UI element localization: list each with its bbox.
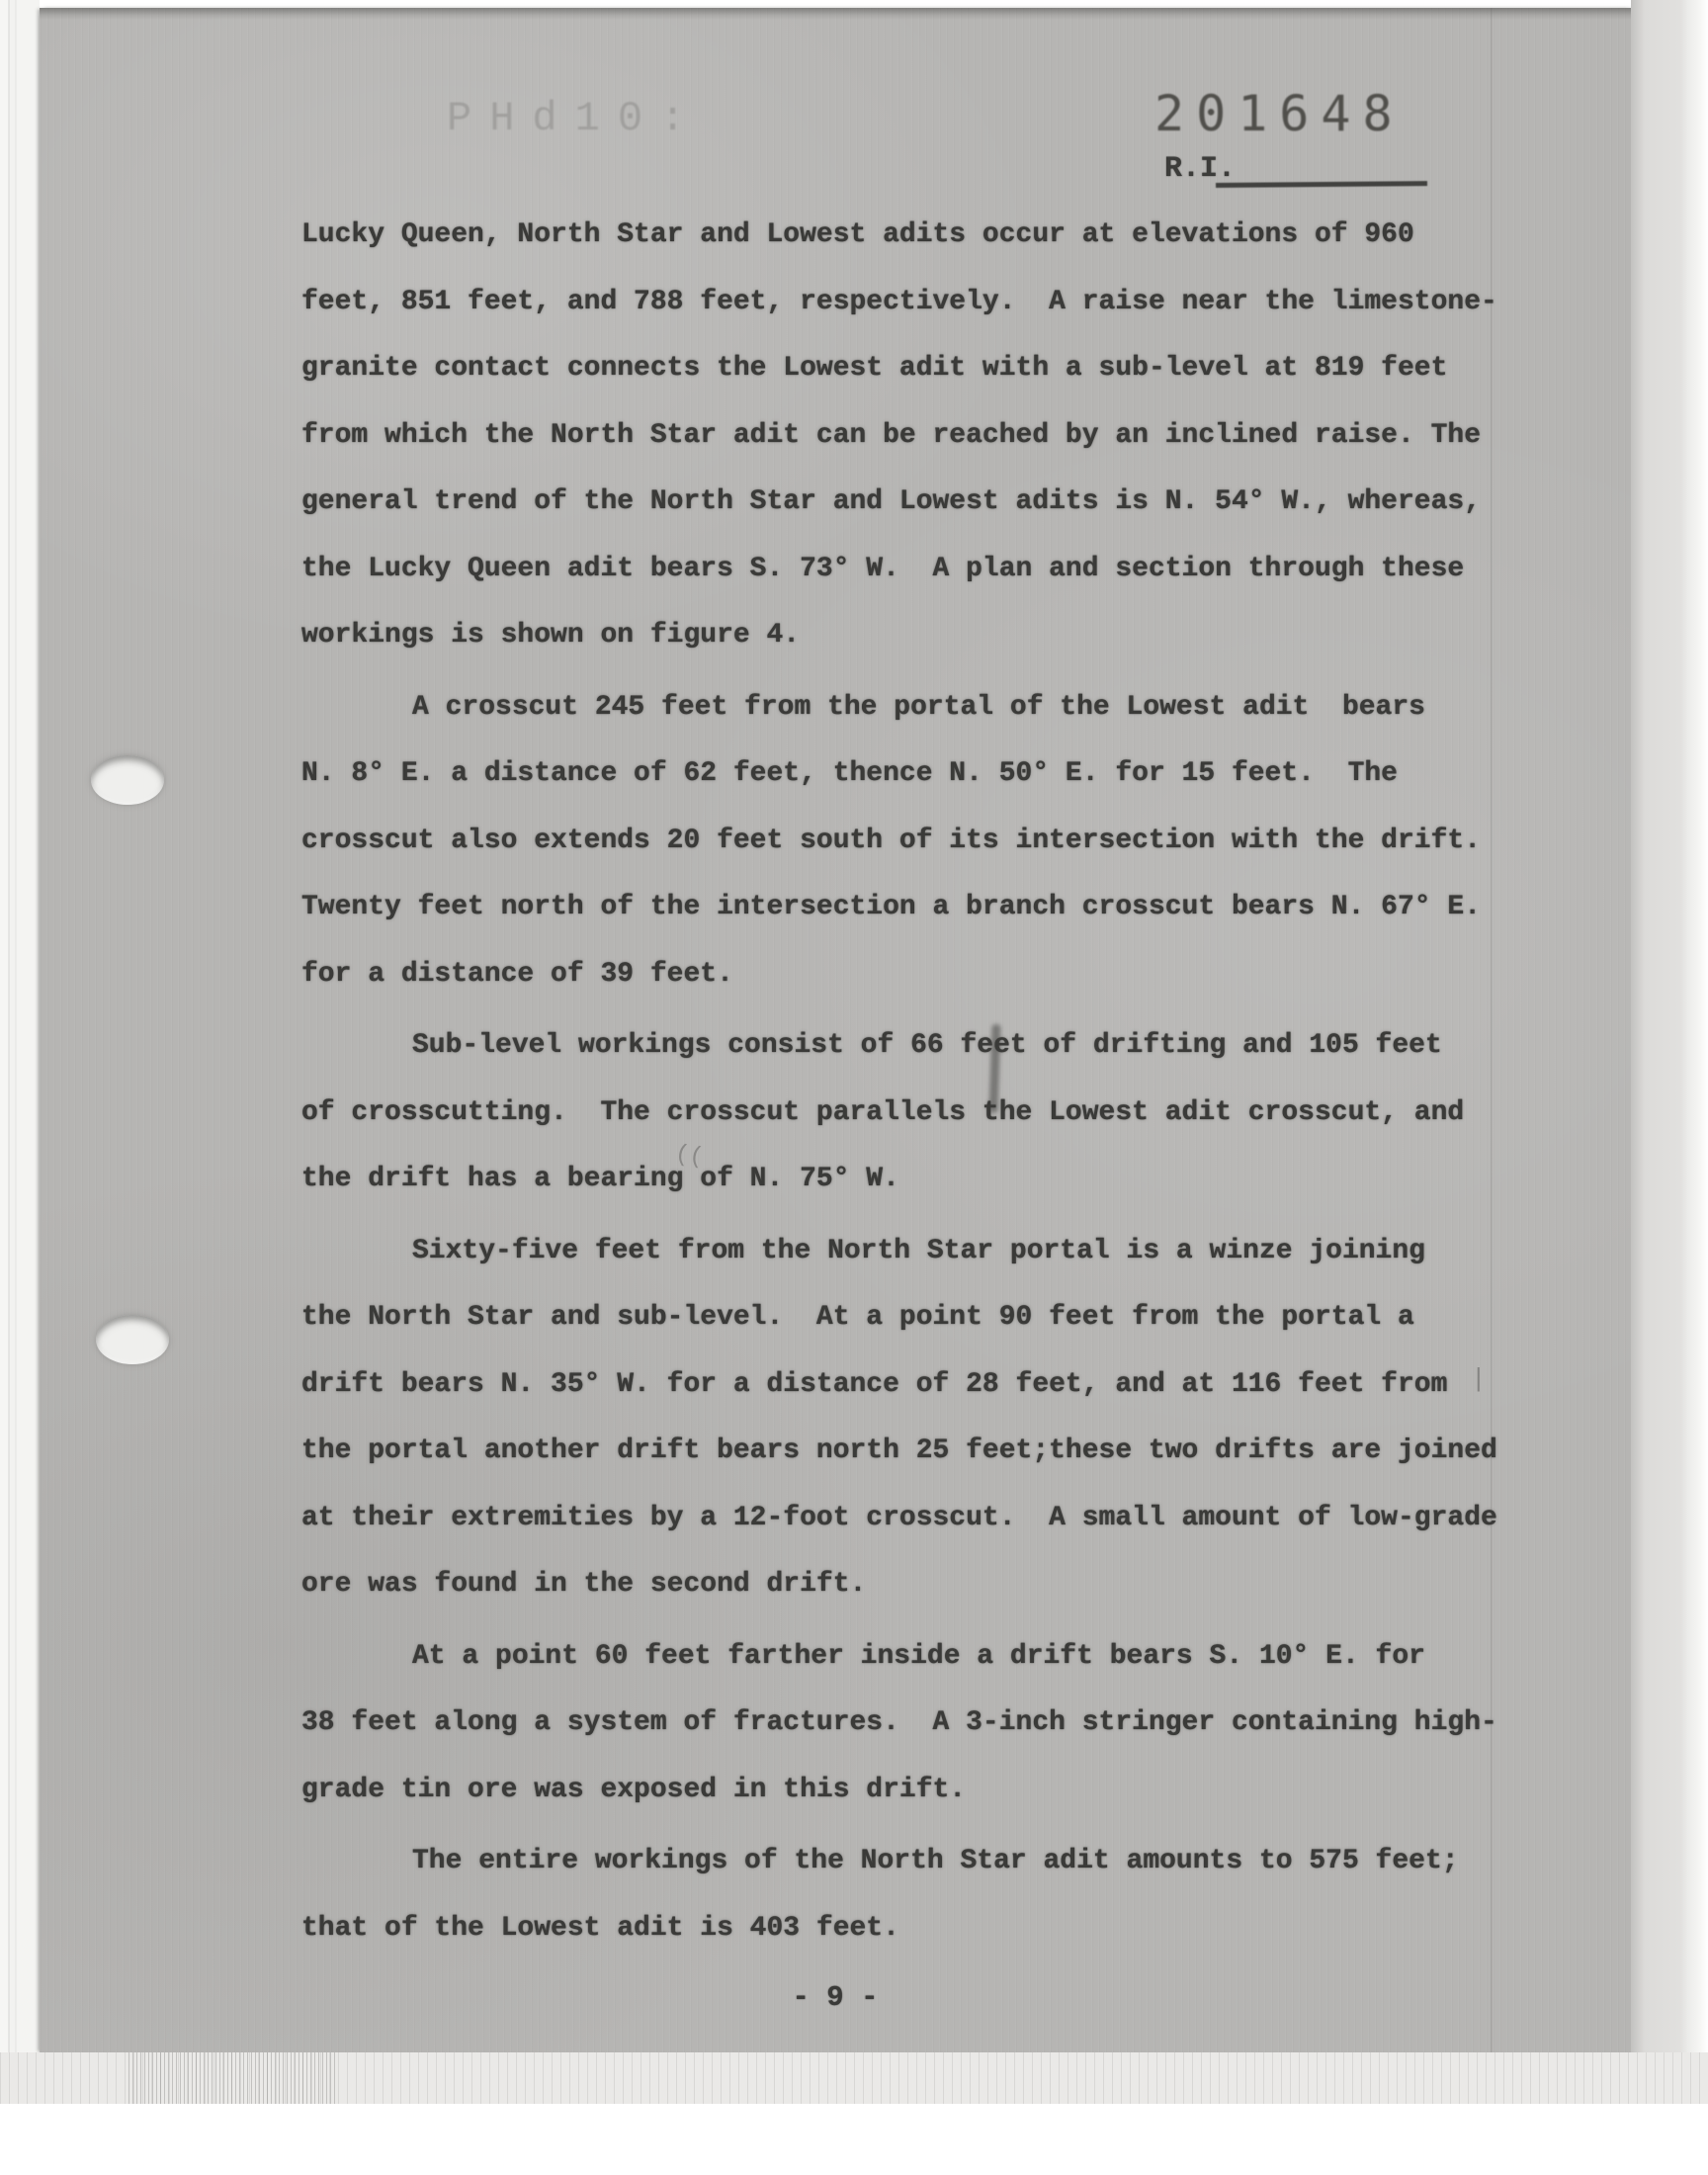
text-line: at their extremities by a 12-foot crossc… [301,1485,1586,1552]
serial-number-stamp: 201648 [1154,85,1405,142]
text-line: drift bears N. 35° W. for a distance of … [301,1351,1586,1419]
text-line: the North Star and sub-level. At a point… [301,1284,1586,1351]
text-line: N. 8° E. a distance of 62 feet, thence N… [301,740,1586,808]
text-line: granite contact connects the Lowest adit… [301,335,1586,402]
punch-hole-bottom [96,1315,169,1364]
ghost-offset-stamp: PHd10: [447,95,703,142]
scan-feed-lines [128,2052,336,2104]
text-line: of crosscutting. The crosscut parallels … [301,1080,1586,1147]
paragraph-4: Sixty-five feet from the North Star port… [301,1218,1586,1618]
text-line: 38 feet along a system of fractures. A 3… [301,1690,1586,1757]
page-number: - 9 - [40,1981,1631,2014]
text-line: Sixty-five feet from the North Star port… [301,1218,1586,1285]
paragraph-6: The entire workings of the North Star ad… [301,1828,1586,1961]
text-line: the drift has a bearing of N. 75° W. [301,1146,1586,1213]
paragraph-2: A crosscut 245 feet from the portal of t… [301,674,1586,1008]
text-line: the Lucky Queen adit bears S. 73° W. A p… [301,536,1586,603]
text-line: Twenty feet north of the intersection a … [301,874,1586,941]
paragraph-5: At a point 60 feet farther inside a drif… [301,1623,1586,1824]
scanned-document-page: PHd10: 201648 R.I. (( | Lucky Queen, Nor… [0,0,1708,2175]
text-line: ore was found in the second drift. [301,1551,1586,1618]
text-line: crosscut also extends 20 feet south of i… [301,808,1586,875]
text-line: Sub-level workings consist of 66 feet of… [301,1012,1586,1080]
scan-right-strip [1631,0,1708,2104]
punch-hole-top [91,755,164,805]
text-line: The entire workings of the North Star ad… [301,1828,1586,1895]
text-line: At a point 60 feet farther inside a drif… [301,1623,1586,1691]
text-line: for a distance of 39 feet. [301,941,1586,1008]
text-line: workings is shown on figure 4. [301,602,1586,669]
typed-body-text: Lucky Queen, North Star and Lowest adits… [301,202,1586,1966]
text-line: general trend of the North Star and Lowe… [301,469,1586,536]
paragraph-1: Lucky Queen, North Star and Lowest adits… [301,202,1586,669]
text-line: feet, 851 feet, and 788 feet, respective… [301,269,1586,336]
ri-label: R.I. [1164,152,1236,186]
paragraph-3: Sub-level workings consist of 66 feet of… [301,1012,1586,1213]
text-line: the portal another drift bears north 25 … [301,1418,1586,1485]
text-line: Lucky Queen, North Star and Lowest adits… [301,202,1586,269]
scan-bottom-white [0,2104,1708,2175]
scan-bottom-strip [0,2052,1708,2104]
scan-left-margin [0,0,40,2104]
ri-field: R.I. [1164,152,1236,186]
text-line: A crosscut 245 feet from the portal of t… [301,674,1586,741]
paper-sheet: PHd10: 201648 R.I. (( | Lucky Queen, Nor… [40,8,1631,2052]
text-line: from which the North Star adit can be re… [301,402,1586,470]
ri-blank-line [1216,181,1427,188]
text-line: that of the Lowest adit is 403 feet. [301,1895,1586,1962]
text-line: grade tin ore was exposed in this drift. [301,1757,1586,1824]
